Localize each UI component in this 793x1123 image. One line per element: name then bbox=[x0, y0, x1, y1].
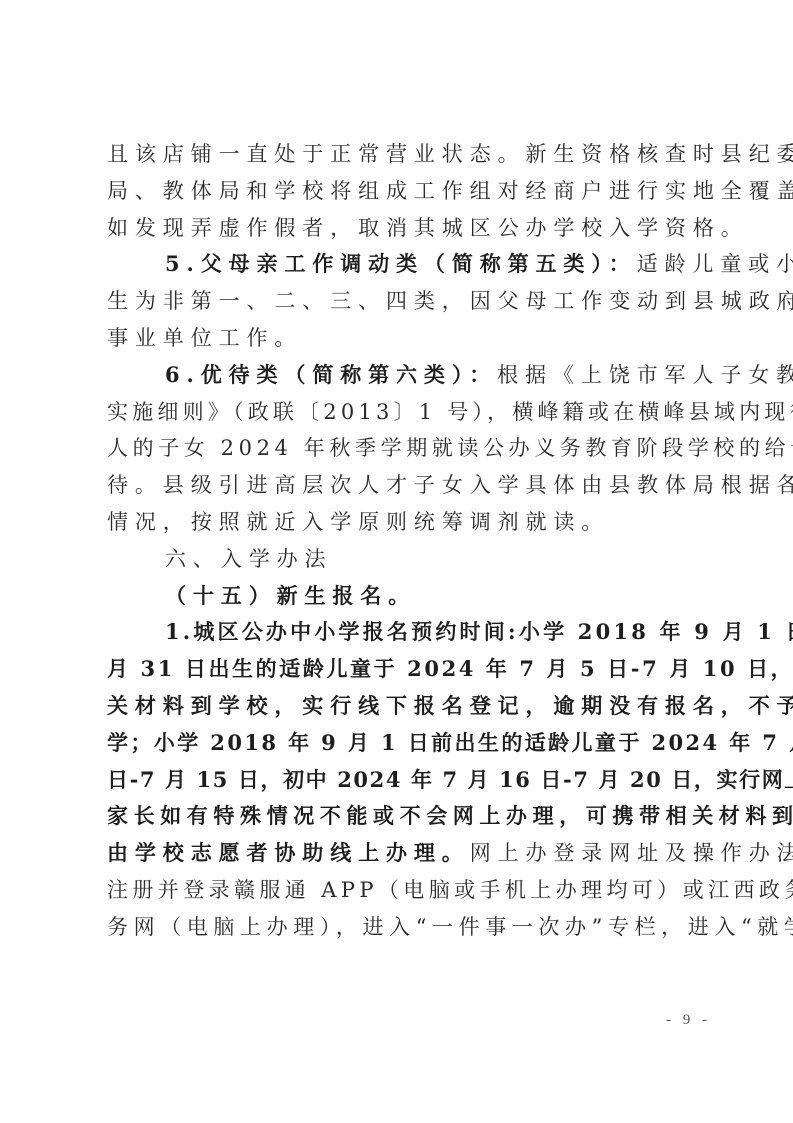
text-segment: 情况，按照就近入学原则统筹调剂就读。 bbox=[107, 510, 609, 534]
page-number: - 9 - bbox=[666, 1012, 711, 1029]
text-line: 且该店铺一直处于正常营业状态。新生资格核查时县纪委、市管 bbox=[107, 136, 691, 173]
text-line: 局、教体局和学校将组成工作组对经商户进行实地全覆盖核查， bbox=[107, 173, 691, 210]
text-segment: 1.城区公办中小学报名预约时间:小学 2018 年 9 月 1 日-12 bbox=[165, 619, 793, 644]
text-line: 情况，按照就近入学原则统筹调剂就读。 bbox=[107, 504, 691, 541]
text-line-bold: 1.城区公办中小学报名预约时间:小学 2018 年 9 月 1 日-12 bbox=[107, 614, 691, 651]
text-segment: 实施细则》（政联〔2013〕1 号），横峰籍或在横峰县域内现役军 bbox=[107, 400, 793, 424]
text-line: 事业单位工作。 bbox=[107, 320, 691, 357]
text-line-bold: 学；小学 2018 年 9 月 1 日前出生的适龄儿童于 2024 年 7 月 … bbox=[107, 725, 691, 762]
text-segment: 事业单位工作。 bbox=[107, 326, 302, 350]
text-segment: 日-7 月 15 日，初中 2024 年 7 月 16 日-7 月 20 日，实… bbox=[107, 767, 793, 792]
text-segment: 由学校志愿者协助线上办理。 bbox=[107, 840, 470, 865]
text-segment: 待。县级引进高层次人才子女入学具体由县教体局根据各校学位 bbox=[107, 473, 793, 497]
subsection-heading: （十五）新生报名。 bbox=[107, 578, 691, 615]
text-segment: 网上办登录网址及操作办法：家长 bbox=[470, 841, 793, 865]
text-segment: 注册并登录赣服通 APP（电脑或手机上办理均可）或江西政务服 bbox=[107, 878, 793, 902]
text-segment: 关材料到学校，实行线下报名登记，逾期没有报名，不予安排入 bbox=[107, 693, 793, 718]
heading-text: （十五）新生报名。 bbox=[165, 583, 416, 608]
text-line: 人的子女 2024 年秋季学期就读公办义务教育阶段学校的给予优 bbox=[107, 430, 691, 467]
text-line: 由学校志愿者协助线上办理。网上办登录网址及操作办法：家长 bbox=[107, 835, 691, 872]
text-line: 务网（电脑上办理），进入“一件事一次办”专栏，进入“就学 bbox=[107, 909, 691, 946]
chapter-heading: 六、入学办法 bbox=[107, 541, 691, 578]
text-line-bold: 日-7 月 15 日，初中 2024 年 7 月 16 日-7 月 20 日，实… bbox=[107, 762, 691, 799]
text-segment: 家长如有特殊情况不能或不会网上办理，可携带相关材料到学校， bbox=[107, 803, 793, 828]
text-segment: 月 31 日出生的适龄儿童于 2024 年 7 月 5 日-7 月 10 日，携… bbox=[107, 656, 793, 681]
text-line-bold: 月 31 日出生的适龄儿童于 2024 年 7 月 5 日-7 月 10 日，携… bbox=[107, 651, 691, 688]
section-heading-category-6: 6.优待类（简称第六类）：根据《上饶市军人子女教育优待 bbox=[107, 357, 691, 394]
text-segment: 且该店铺一直处于正常营业状态。新生资格核查时县纪委、市管 bbox=[107, 142, 793, 166]
text-segment: 学；小学 2018 年 9 月 1 日前出生的适龄儿童于 2024 年 7 月 … bbox=[107, 730, 793, 755]
text-line: 待。县级引进高层次人才子女入学具体由县教体局根据各校学位 bbox=[107, 467, 691, 504]
text-segment: 人的子女 2024 年秋季学期就读公办义务教育阶段学校的给予优 bbox=[107, 436, 793, 460]
text-line: 生为非第一、二、三、四类，因父母工作变动到县城政府机关或 bbox=[107, 283, 691, 320]
heading-text: 六、入学办法 bbox=[165, 547, 332, 571]
text-segment: 如发现弄虚作假者，取消其城区公办学校入学资格。 bbox=[107, 216, 749, 240]
text-segment: 局、教体局和学校将组成工作组对经商户进行实地全覆盖核查， bbox=[107, 179, 793, 203]
text-line-bold: 关材料到学校，实行线下报名登记，逾期没有报名，不予安排入 bbox=[107, 688, 691, 725]
text-line-bold: 家长如有特殊情况不能或不会网上办理，可携带相关材料到学校， bbox=[107, 798, 691, 835]
text-line: 如发现弄虚作假者，取消其城区公办学校入学资格。 bbox=[107, 210, 691, 247]
text-line: 实施细则》（政联〔2013〕1 号），横峰籍或在横峰县域内现役军 bbox=[107, 394, 691, 431]
text-segment: 根据《上饶市军人子女教育优待 bbox=[497, 363, 793, 387]
heading-text: 6.优待类（简称第六类）： bbox=[165, 362, 497, 387]
text-line: 注册并登录赣服通 APP（电脑或手机上办理均可）或江西政务服 bbox=[107, 872, 691, 909]
heading-text: 5.父母亲工作调动类（简称第五类）： bbox=[165, 251, 637, 276]
section-heading-category-5: 5.父母亲工作调动类（简称第五类）：适龄儿童或小学毕业 bbox=[107, 246, 691, 283]
document-body: 且该店铺一直处于正常营业状态。新生资格核查时县纪委、市管 局、教体局和学校将组成… bbox=[107, 136, 691, 946]
text-segment: 生为非第一、二、三、四类，因父母工作变动到县城政府机关或 bbox=[107, 289, 793, 313]
text-segment: 适龄儿童或小学毕业 bbox=[637, 252, 793, 276]
text-segment: 务网（电脑上办理），进入“一件事一次办”专栏，进入“就学 bbox=[107, 915, 793, 939]
